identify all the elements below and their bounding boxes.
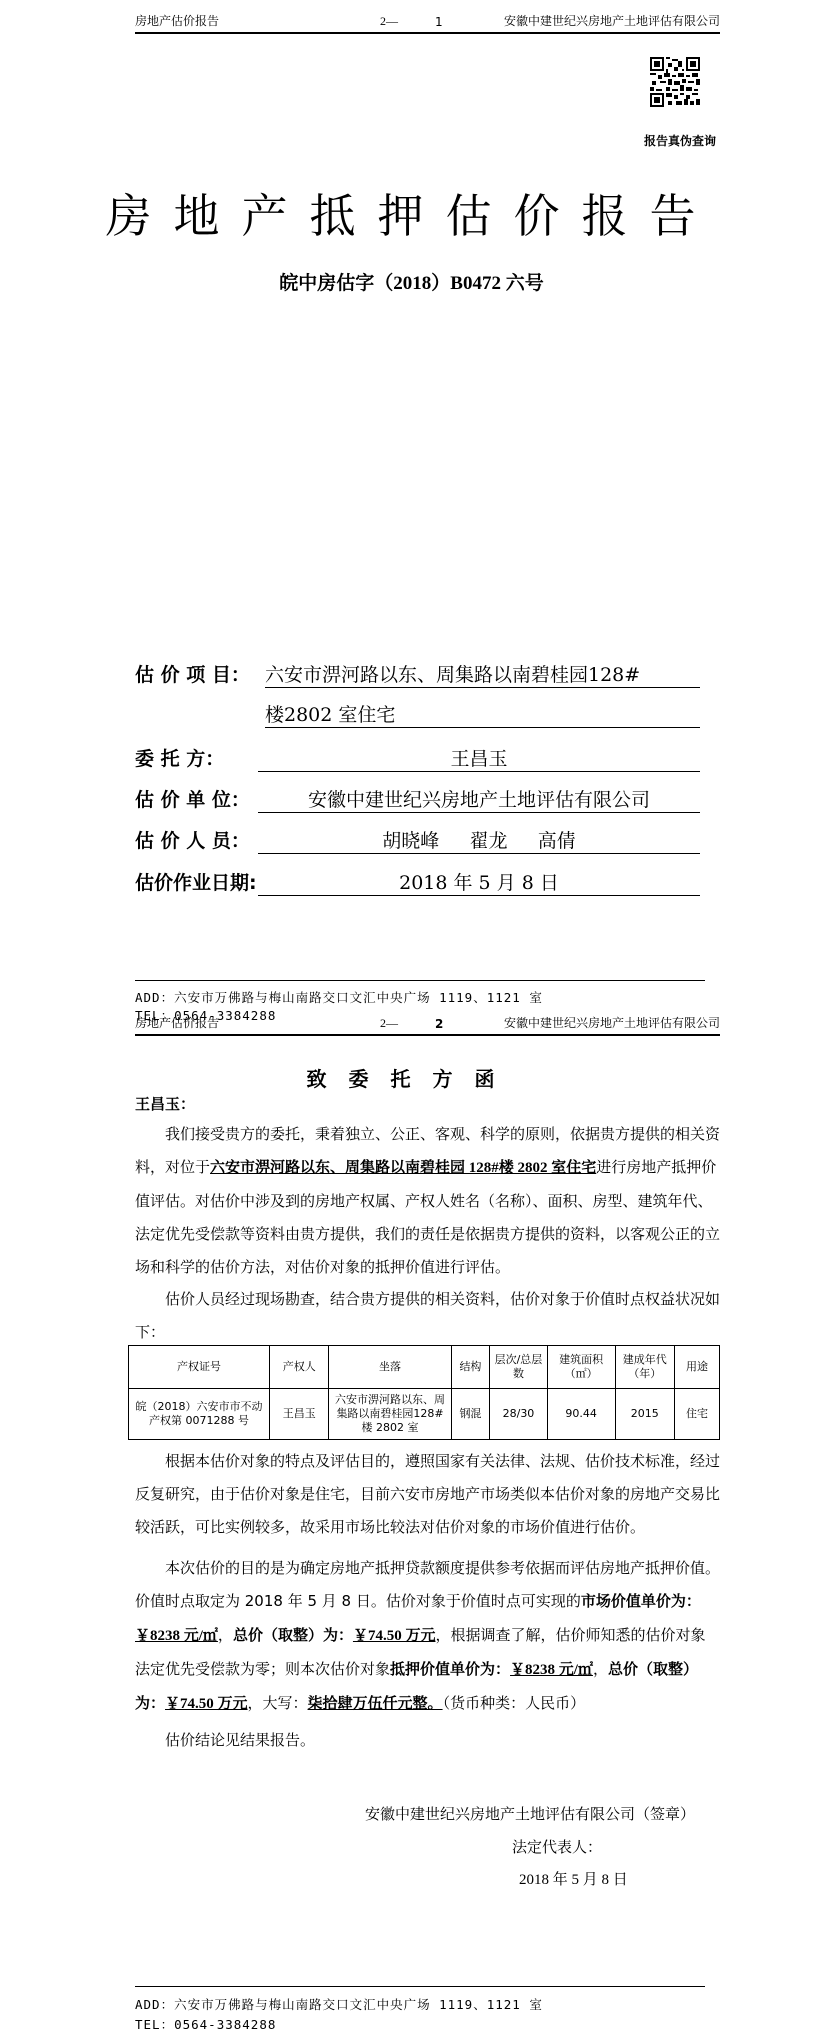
sep: ， (218, 1626, 233, 1644)
col-floor: 层次/总层数 (490, 1346, 547, 1389)
market-unit-price-label: 市场价值单价为： (581, 1594, 701, 1610)
paragraph-valuation: 本次估价的目的是为确定房地产抵押贷款额度提供参考依据而评估房地产抵押价值。价值时… (135, 1552, 720, 1721)
market-total-label: 总价（取整）为： (233, 1628, 353, 1644)
label-appraisal-unit: 估 价 单 位： (135, 785, 250, 812)
header-report-type: 房地产估价报告 (135, 1014, 219, 1031)
mortgage-unit-price-label: 抵押价值单价为： (390, 1662, 510, 1678)
cell-owner: 王昌玉 (269, 1389, 329, 1440)
label-appraisers: 估 价 人 员： (135, 826, 250, 853)
qr-code-icon[interactable] (650, 52, 700, 102)
value-appraisal-unit: 安徽中建世纪兴房地产土地评估有限公司 (258, 785, 700, 813)
header-company: 安徽中建世纪兴房地产土地评估有限公司 (504, 12, 720, 29)
footer-divider (135, 980, 705, 981)
page-header: 房地产估价报告 2— 2 安徽中建世纪兴房地产土地评估有限公司 (135, 1014, 720, 1036)
header-page-number: 1 (435, 15, 443, 29)
cell-usage: 住宅 (675, 1389, 720, 1440)
cell-structure: 钢混 (451, 1389, 490, 1440)
cell-year: 2015 (615, 1389, 675, 1440)
amount-in-words: 柒拾肆万伍仟元整。 (308, 1696, 443, 1712)
property-info-table: 产权证号 产权人 坐落 结构 层次/总层数 建筑面积（㎡） 建成年代（年） 用途… (128, 1345, 720, 1440)
col-usage: 用途 (675, 1346, 720, 1389)
method-text: 根据本估价对象的特点及评估目的，遵照国家有关法律、法规、估价技术标准，经过反复研… (135, 1452, 720, 1536)
salutation: 王昌玉： (135, 1088, 720, 1121)
paragraph-method: 根据本估价对象的特点及评估目的，遵照国家有关法律、法规、估价技术标准，经过反复研… (135, 1445, 720, 1544)
mortgage-unit-price: ￥8238 元/㎡ (510, 1662, 593, 1678)
value-client: 王昌玉 (258, 744, 700, 772)
signature-representative: 法定代表人： (512, 1836, 602, 1857)
cell-floor: 28/30 (490, 1389, 547, 1440)
cell-location: 六安市淠河路以东、周集路以南碧桂园128#楼 2802 室 (329, 1389, 451, 1440)
col-structure: 结构 (451, 1346, 490, 1389)
footer-address: ADD：六安市万佛路与梅山南路交口文汇中央广场 1119、1121 室 (135, 1995, 543, 2013)
qr-label: 报告真伪查询 (644, 132, 716, 149)
table-row: 皖（2018）六安市市不动产权第 0071288 号 王昌玉 六安市淠河路以东、… (129, 1389, 720, 1440)
signature-date: 2018 年 5 月 8 日 (519, 1868, 628, 1889)
value-work-date: 2018 年 5 月 8 日 (258, 868, 700, 896)
property-address: 六安市淠河路以东、周集路以南碧桂园 128#楼 2802 室住宅 (210, 1160, 596, 1176)
currency-note: （货币种类：人民币） (443, 1694, 586, 1712)
header-page-number: 2 (435, 1017, 443, 1031)
value-project-line2: 楼2802 室住宅 (265, 700, 700, 728)
paragraph-intro: 我们接受贵方的委托，秉着独立、公正、客观、科学的原则，依据贵方提供的相关资料，对… (135, 1118, 720, 1284)
col-cert-no: 产权证号 (129, 1346, 270, 1389)
header-page-prefix: 2— (380, 1016, 398, 1031)
capital-label: ，大写： (248, 1694, 308, 1712)
table-header-row: 产权证号 产权人 坐落 结构 层次/总层数 建筑面积（㎡） 建成年代（年） 用途 (129, 1346, 720, 1389)
cell-area: 90.44 (547, 1389, 615, 1440)
paragraph-status: 估价人员经过现场勘查，结合贵方提供的相关资料，估价对象于价值时点权益状况如下： (135, 1283, 720, 1349)
header-page-prefix: 2— (380, 14, 398, 29)
header-report-type: 房地产估价报告 (135, 12, 219, 29)
footer-phone: TEL：0564-3384288 (135, 2015, 276, 2033)
report-title: 房地产抵押估价报告 (0, 180, 823, 246)
cell-cert-no: 皖（2018）六安市市不动产权第 0071288 号 (129, 1389, 270, 1440)
mortgage-total-price: ￥74.50 万元 (165, 1696, 248, 1712)
footer-address: ADD：六安市万佛路与梅山南路交口文汇中央广场 1119、1121 室 (135, 988, 543, 1006)
header-company: 安徽中建世纪兴房地产土地评估有限公司 (504, 1014, 720, 1031)
paragraph-conclusion: 估价结论见结果报告。 (135, 1724, 720, 1757)
conclusion-text: 估价结论见结果报告。 (165, 1731, 315, 1749)
col-area: 建筑面积（㎡） (547, 1346, 615, 1389)
label-client: 委 托 方： (135, 744, 224, 771)
document-number: 皖中房估字（2018）B0472 六号 (0, 268, 823, 295)
signature-company: 安徽中建世纪兴房地产土地评估有限公司（签章） (365, 1803, 695, 1824)
col-year: 建成年代（年） (615, 1346, 675, 1389)
value-appraisers: 胡晓峰 翟龙 高倩 (258, 826, 700, 854)
status-text: 估价人员经过现场勘查，结合贵方提供的相关资料，估价对象于价值时点权益状况如下： (135, 1290, 720, 1341)
sep: ， (593, 1660, 608, 1678)
col-location: 坐落 (329, 1346, 451, 1389)
market-unit-price: ￥8238 元/㎡ (135, 1628, 218, 1644)
page-header: 房地产估价报告 2— 1 安徽中建世纪兴房地产土地评估有限公司 (135, 10, 720, 34)
label-work-date: 估价作业日期: (135, 868, 257, 895)
col-owner: 产权人 (269, 1346, 329, 1389)
footer-divider (135, 1986, 705, 1987)
market-total-price: ￥74.50 万元 (353, 1628, 436, 1644)
label-project: 估 价 项 目： (135, 660, 250, 687)
value-project-line1: 六安市淠河路以东、周集路以南碧桂园128# (265, 660, 700, 688)
